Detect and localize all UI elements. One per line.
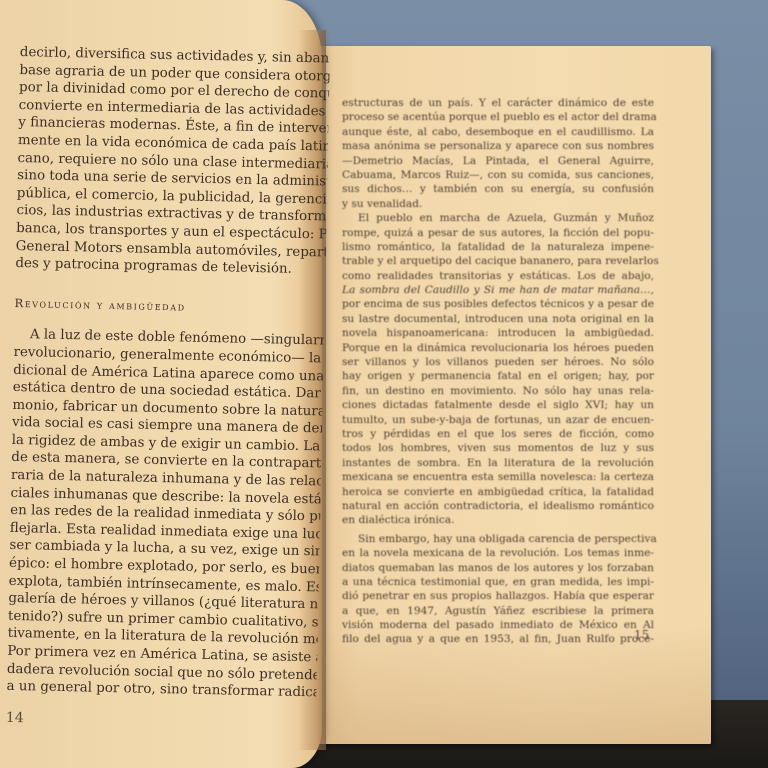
- text-line: proceso se acentúa porque el pueblo es e…: [342, 110, 654, 124]
- text-line: por encima de sus posibles defectos técn…: [342, 297, 654, 311]
- text-line: novela hispanoamericana: introducen la a…: [342, 326, 654, 340]
- text-line: mexicana se encuentra esta semilla novel…: [342, 470, 654, 484]
- text-line: a una técnica testimonial que, en gran m…: [342, 575, 654, 589]
- right-paragraph-1: estructuras de un país. Y el carácter di…: [342, 96, 654, 211]
- left-paragraph-1: decirlo, diversifica sus actividades y, …: [15, 44, 330, 279]
- text-line: aunque éste, al cabo, desemboque en el c…: [342, 125, 654, 139]
- text-line: estructuras de un país. Y el carácter di…: [342, 96, 654, 110]
- text-line: heroica se convierte en ambigüedad críti…: [342, 485, 654, 499]
- left-paragraph-2: A la luz de este doble fenómeno —singula…: [6, 326, 324, 702]
- text-line: tumulto, un sube-y-baja de fortunas, un …: [342, 413, 654, 427]
- page-number-right: 15: [634, 628, 649, 642]
- text-line: como realidades transitorias y estáticas…: [342, 269, 654, 283]
- text-line: El pueblo en marcha de Azuela, Guzmán y …: [342, 211, 654, 225]
- text-line: diatos quemaban las manos de los autores…: [342, 561, 654, 575]
- text-line: Cabuama, Marcos Ruiz—, con su comida, su…: [342, 168, 654, 182]
- right-paragraph-3: Sin embargo, hay una obligada carencia d…: [342, 532, 654, 647]
- text-line: ciones dictadas fatalmente desde el sigl…: [342, 398, 654, 412]
- text-line: en la novela mexicana de la revolución. …: [342, 546, 654, 560]
- text-line: tros y pérdidas en el que los seres de f…: [342, 427, 654, 441]
- text-line: y su venalidad.: [342, 197, 654, 211]
- text-line: hay origen y permanencia fatal en el ori…: [342, 369, 654, 383]
- text-line: todos los hombres, viven sus momentos de…: [342, 441, 654, 455]
- text-line: en dialéctica irónica.: [342, 513, 654, 527]
- text-line: ser villanos y los villanos pueden ser h…: [342, 355, 654, 369]
- text-line: masa anónima se personaliza y aparece co…: [342, 139, 654, 153]
- text-line: —Demetrio Macías, La Pintada, el General…: [342, 154, 654, 168]
- left-page-text: decirlo, diversifica sus actividades y, …: [6, 44, 330, 734]
- right-page-text: estructuras de un país. Y el carácter di…: [342, 96, 654, 647]
- text-line: La sombra del Caudillo y Si me han de ma…: [342, 283, 654, 297]
- text-line: lismo romántico, la fatalidad de la natu…: [342, 240, 654, 254]
- text-line: filo del agua y a que en 1953, al fin, J…: [342, 632, 654, 646]
- text-line: su lastre documental, introducen una not…: [342, 312, 654, 326]
- text-line: dió penetrar en sus propios hallazgos. H…: [342, 589, 654, 603]
- text-line: natural en acción contradictoria, el ide…: [342, 499, 654, 513]
- text-line: a que, en 1947, Agustín Yáñez escribiese…: [342, 604, 654, 618]
- text-line: Porque en la dinámica revolucionaria los…: [342, 341, 654, 355]
- text-line: rompe, quizá a pesar de sus autores, la …: [342, 226, 654, 240]
- text-line: sus dichos… y también con su energía, su…: [342, 182, 654, 196]
- text-line: Sin embargo, hay una obligada carencia d…: [342, 532, 654, 546]
- section-heading: Revolución y ambigüedad: [14, 295, 324, 319]
- text-line: fin, un destino en movimiento. No sólo h…: [342, 384, 654, 398]
- text-line: trable y el arquetipo del cacique banane…: [342, 254, 654, 268]
- text-line: instantes de sombra. En la literatura de…: [342, 456, 654, 470]
- right-paragraph-2: El pueblo en marcha de Azuela, Guzmán y …: [342, 211, 654, 528]
- text-line: visión moderna del pasado inmediato de M…: [342, 618, 654, 632]
